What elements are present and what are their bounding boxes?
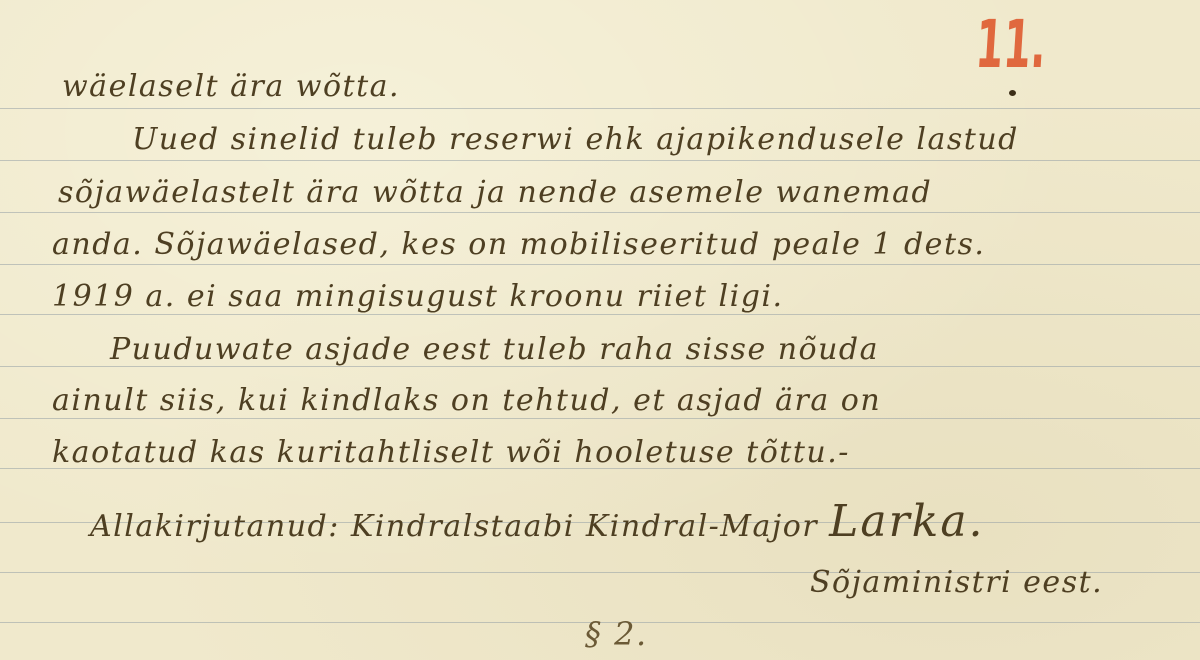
signature-prefix: Allakirjutanud: Kindralstaabi Kindral-Ma… [90,509,818,544]
ruled-line [0,108,1200,109]
signature-line: Allakirjutanud: Kindralstaabi Kindral-Ma… [90,500,985,544]
text-line-3: sõjawäelastelt ära wõtta ja nende asemel… [58,178,932,208]
text-line-7: ainult siis, kui kindlaks on tehtud, et … [52,386,881,416]
ruled-line [0,212,1200,213]
section-mark: § 2. [585,618,648,650]
ruled-line [0,160,1200,161]
text-line-5: 1919 a. ei saa mingisugust kroonu riiet … [52,282,784,312]
ruled-line [0,314,1200,315]
page-number-mark: 11. [974,12,1048,78]
document-page: 11. wäelaselt ära wõtta. Uued sinelid tu… [0,0,1200,660]
text-line-8: kaotatud kas kuritahtliselt wõi hooletus… [52,438,850,468]
ruled-line [0,418,1200,419]
ink-blot [1009,90,1016,96]
text-line-2: Uued sinelid tuleb reserwi ehk ajapikend… [132,125,1019,155]
ruled-line [0,264,1200,265]
text-line-4: anda. Sõjawäelased, kes on mobiliseeritu… [52,230,985,260]
signature-role: Sõjaministri eest. [810,568,1103,598]
text-line-6: Puuduwate asjade eest tuleb raha sisse n… [110,335,879,365]
signature-name: Larka. [829,496,984,547]
text-line-1: wäelaselt ära wõtta. [62,72,400,102]
